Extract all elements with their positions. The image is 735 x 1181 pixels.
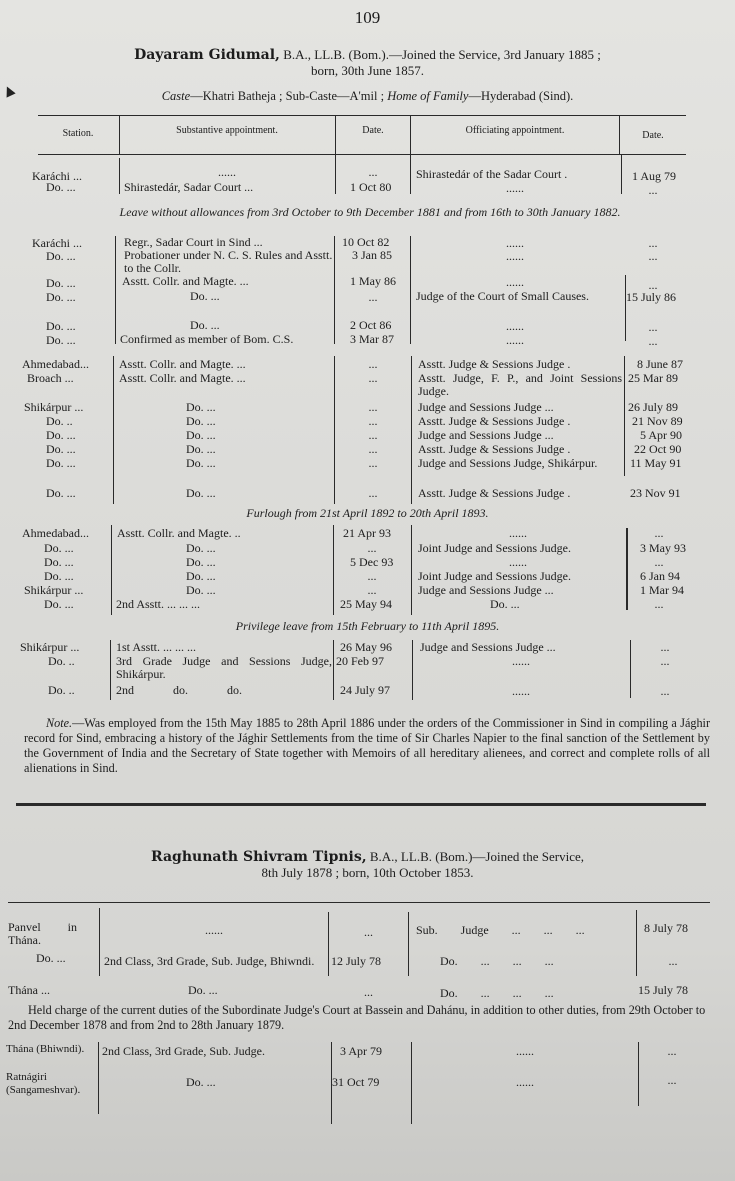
substantive-cell: Shirastedár, Sadar Court ... [124, 181, 253, 194]
station-cell: Panvel in Thána. [8, 921, 96, 947]
date-2-cell: 11 May 91 [630, 457, 682, 470]
date-cell: 31 Oct 79 [332, 1076, 379, 1089]
substantive-cell: 1st Asstt. ... ... ... [116, 641, 196, 654]
leave-note-1: Leave without allowances from 3rd Octobe… [100, 205, 640, 219]
station-cell: Do. ... [46, 277, 76, 290]
station-cell: Do. ... [46, 181, 76, 194]
station-cell: Do. ... [46, 334, 76, 347]
station-cell: Broach ... [27, 372, 74, 385]
officiating-cell: ...... [412, 1045, 638, 1058]
col-divider [113, 356, 114, 504]
caste-line: Caste—Khatri Batheja ; Sub-Caste—A'mil ;… [0, 89, 735, 104]
station-cell: Do. .. [48, 684, 75, 697]
date-cell: 25 May 94 [340, 598, 392, 611]
date-cell: ... [336, 429, 410, 442]
officer-name-1: Dayaram Gidumal, [134, 47, 280, 63]
date-cell: 21 Apr 93 [343, 527, 391, 540]
station-cell: Do. ... [44, 542, 74, 555]
date-cell: ... [336, 372, 410, 385]
station-cell: Ahmedabad... [22, 358, 89, 371]
station-cell: Do. ... [44, 598, 74, 611]
officiating-cell: Asstt. Judge, F. P., and Joint Sessions … [418, 372, 622, 398]
date-2-cell: ... [628, 556, 690, 569]
furlough-note: Furlough from 21st April 1892 to 20th Ap… [0, 507, 735, 520]
col-header-date: Date. [336, 125, 410, 136]
officiating-cell: Judge and Sessions Judge ... [420, 641, 556, 654]
date-cell: 2 Oct 86 [350, 319, 391, 332]
station-cell: Shikárpur ... [24, 584, 83, 597]
note-paragraph: Note.—Was employed from the 15th May 188… [24, 716, 710, 776]
substantive-cell: Asstt. Collr. and Magte. .. [117, 527, 241, 540]
station-cell: Do. ... [46, 320, 76, 333]
officiating-cell: Asstt. Judge & Sessions Judge . [418, 487, 570, 500]
col-divider [624, 356, 625, 476]
officer-name-2: Raghunath Shivram Tipnis, [151, 849, 367, 865]
date-cell: ... [334, 570, 410, 583]
station-cell: Ahmedabad... [22, 527, 89, 540]
date-2-cell: ... [628, 527, 690, 540]
date-cell: ... [329, 926, 408, 939]
officiating-cell: Joint Judge and Sessions Judge. [418, 542, 571, 555]
officiating-cell: Do. ... ... ... [440, 955, 554, 968]
substantive-cell: Do. ... [186, 556, 216, 569]
officiating-cell: Judge and Sessions Judge, Shikárpur. [418, 457, 622, 470]
date-2-cell: 15 July 78 [638, 984, 688, 997]
col-divider [638, 1042, 639, 1106]
officiating-cell: ...... [412, 1076, 638, 1089]
table-top-rule [38, 115, 686, 116]
date-cell: 3 Mar 87 [350, 333, 394, 346]
station-cell: Shikárpur ... [24, 401, 83, 414]
officiating-cell: Asstt. Judge & Sessions Judge . [418, 415, 570, 428]
substantive-cell: Do. ... [186, 429, 216, 442]
station-cell: Do. ... [46, 429, 76, 442]
officer-details-1: B.A., LL.B. (Bom.).—Joined the Service, … [280, 47, 601, 62]
page-number: 109 [0, 8, 735, 28]
date-2-cell: ... [620, 184, 686, 197]
date-cell: ... [334, 584, 410, 597]
col-divider [115, 236, 116, 344]
col-divider [636, 910, 637, 976]
substantive-cell: Asstt. Collr. and Magte. ... [119, 372, 246, 385]
officiating-cell: Judge and Sessions Judge ... [418, 401, 554, 414]
col-header-officiating: Officiating appointment. [412, 125, 618, 136]
date-cell: 3 Jan 85 [352, 249, 392, 262]
substantive-cell: 3rd Grade Judge and Sessions Judge, Shik… [116, 655, 332, 681]
station-cell: Shikárpur ... [20, 641, 79, 654]
substantive-cell: Do. ... [188, 984, 218, 997]
date-cell: 1 Oct 80 [350, 181, 391, 194]
date-2-cell: 26 July 89 [628, 401, 678, 414]
officer-header-2: Raghunath Shivram Tipnis, B.A., LL.B. (B… [0, 849, 735, 865]
date-2-cell: ... [638, 955, 708, 968]
col-divider [411, 356, 412, 504]
officiating-cell: Asstt. Judge & Sessions Judge . [418, 358, 570, 371]
substantive-cell: 2nd Class, 3rd Grade, Sub. Judge, Bhiwnd… [104, 955, 328, 968]
station-cell: Do. .. [46, 415, 73, 428]
date-2-cell: 6 Jan 94 [640, 570, 680, 583]
substantive-cell: 2nd do. do. [116, 684, 242, 697]
station-cell: Do. ... [44, 570, 74, 583]
date-2-cell: 1 Aug 79 [632, 170, 676, 183]
officiating-cell: Sub. Judge ... ... ... [416, 924, 585, 937]
date-cell: ... [334, 542, 410, 555]
table-top-rule-2 [8, 902, 710, 903]
substantive-cell: Do. ... [186, 401, 216, 414]
date-cell: 3 Apr 79 [340, 1045, 382, 1058]
officiating-cell: ...... [412, 250, 618, 263]
station-cell: Thána ... [8, 984, 50, 997]
date-cell: ... [336, 457, 410, 470]
note-label: Note. [46, 716, 72, 730]
substantive-cell: Probationer under N. C. S. Rules and Ass… [124, 249, 334, 275]
date-2-cell: 8 June 87 [637, 358, 683, 371]
col-divider [410, 116, 411, 154]
officiating-cell: ...... [412, 685, 630, 698]
substantive-cell: Asstt. Collr. and Magte. ... [119, 358, 246, 371]
station-cell: Ratnágiri (Sangameshvar). [6, 1071, 96, 1097]
date-cell: ... [336, 401, 410, 414]
date-cell: ... [336, 415, 410, 428]
col-divider [119, 116, 120, 154]
date-2-cell: ... [632, 655, 698, 668]
officiating-cell: Judge and Sessions Judge ... [418, 584, 554, 597]
section-divider [16, 803, 706, 806]
officiating-cell: ...... [412, 182, 618, 195]
date-cell: ... [329, 986, 408, 999]
station-cell: Do. ... [46, 443, 76, 456]
home-label: Home of Family [387, 89, 468, 103]
station-cell: Do. ... [36, 952, 66, 965]
date-2-cell: 22 Oct 90 [634, 443, 681, 456]
col-divider [334, 356, 335, 504]
date-2-cell: ... [632, 641, 698, 654]
date-2-cell: 5 Apr 90 [640, 429, 682, 442]
col-divider [408, 912, 409, 976]
substantive-cell: Do. ... [186, 487, 216, 500]
officiating-cell: ...... [412, 334, 618, 347]
date-cell: ... [336, 487, 410, 500]
col-divider [110, 640, 111, 700]
date-2-cell: ... [632, 685, 698, 698]
officer-header-1-line2: born, 30th June 1857. [0, 63, 735, 78]
date-cell: 26 May 96 [340, 641, 392, 654]
station-cell: Do. ... [46, 487, 76, 500]
date-2-cell: 23 Nov 91 [630, 487, 681, 500]
officiating-cell: Do. ... [490, 598, 520, 611]
substantive-cell: 2nd Class, 3rd Grade, Sub. Judge. [102, 1045, 265, 1058]
officiating-cell: Judge and Sessions Judge ... [418, 429, 554, 442]
date-2-cell: 25 Mar 89 [628, 372, 678, 385]
officer-header-1: Dayaram Gidumal, B.A., LL.B. (Bom.).—Joi… [0, 47, 735, 63]
officiating-cell: Joint Judge and Sessions Judge. [418, 570, 571, 583]
substantive-cell: ...... [120, 166, 334, 179]
station-cell: Do. .. [48, 655, 75, 668]
held-charge-text: Held charge of the current duties of the… [8, 1003, 718, 1033]
officiating-cell: ...... [412, 276, 618, 289]
date-2-cell: ... [640, 1074, 704, 1087]
date-cell: 20 Feb 97 [336, 655, 384, 668]
officiating-cell: Shirastedár of the Sadar Court . [416, 168, 567, 181]
caste-value: —Khatri Batheja ; Sub-Caste—A'mil ; [190, 89, 387, 103]
date-cell: 24 July 97 [340, 684, 390, 697]
date-2-cell: 15 July 86 [626, 291, 676, 304]
date-2-cell: 8 July 78 [644, 922, 688, 935]
col-header-station: Station. [38, 128, 118, 139]
col-divider [328, 912, 329, 976]
held-charge-paragraph: Held charge of the current duties of the… [8, 1003, 718, 1033]
col-header-substantive: Substantive appointment. [120, 125, 334, 136]
caste-label: Caste [162, 89, 190, 103]
col-header-date-2: Date. [620, 130, 686, 141]
substantive-cell: Asstt. Collr. and Magte. ... [122, 275, 249, 288]
officer-header-2-line2: 8th July 1878 ; born, 10th October 1853. [0, 865, 735, 880]
table-header-rule [38, 154, 686, 155]
station-cell: Do. ... [46, 291, 76, 304]
col-divider [410, 155, 411, 194]
col-divider [630, 640, 631, 698]
substantive-cell: Do. ... [190, 319, 220, 332]
substantive-cell: Do. ... [186, 542, 216, 555]
substantive-cell: Confirmed as member of Bom. C.S. [120, 333, 332, 346]
date-2-cell: 3 May 93 [640, 542, 686, 555]
officer-details-2: B.A., LL.B. (Bom.)—Joined the Service, [367, 849, 584, 864]
date-2-cell: ... [620, 335, 686, 348]
officiating-cell: Judge of the Court of Small Causes. [416, 290, 620, 303]
date-2-cell: ... [620, 321, 686, 334]
officiating-cell: ...... [412, 527, 624, 540]
date-2-cell: 1 Mar 94 [640, 584, 684, 597]
date-cell: ... [336, 166, 410, 179]
substantive-cell: Do. ... [186, 570, 216, 583]
col-divider [410, 236, 411, 344]
col-divider [335, 116, 336, 154]
substantive-cell: Do. ... [186, 443, 216, 456]
date-cell: 12 July 78 [331, 955, 381, 968]
substantive-cell: Do. ... [186, 415, 216, 428]
date-cell: 5 Dec 93 [350, 556, 393, 569]
date-cell: 1 May 86 [350, 275, 396, 288]
station-cell: Do. ... [44, 556, 74, 569]
station-cell: Do. ... [46, 250, 76, 263]
date-2-cell: ... [628, 598, 690, 611]
date-cell: ... [336, 358, 410, 371]
col-divider [111, 525, 112, 615]
station-cell: Thána (Bhiwndi). [6, 1043, 96, 1055]
substantive-cell: Do. ... [186, 1076, 216, 1089]
substantive-cell: 2nd Asstt. ... ... ... [116, 598, 200, 611]
officiating-cell: Do. ... ... ... [440, 987, 554, 1000]
date-2-cell: 21 Nov 89 [632, 415, 683, 428]
note-text: —Was employed from the 15th May 1885 to … [24, 716, 710, 775]
officiating-cell: Asstt. Judge & Sessions Judge . [418, 443, 570, 456]
col-divider [98, 1042, 99, 1114]
col-divider [619, 116, 620, 154]
privilege-leave-note: Privilege leave from 15th February to 11… [0, 620, 735, 633]
date-cell: ... [336, 443, 410, 456]
officiating-cell: ...... [412, 320, 618, 333]
station-cell: Do. ... [46, 457, 76, 470]
col-divider [99, 908, 100, 976]
substantive-cell: Do. ... [190, 290, 220, 303]
officiating-cell: ...... [412, 655, 630, 668]
officiating-cell: ...... [412, 556, 624, 569]
date-2-cell: ... [620, 250, 686, 263]
substantive-cell: Do. ... [186, 584, 216, 597]
col-divider [334, 236, 335, 344]
substantive-cell: ...... [100, 924, 328, 937]
date-cell: ... [336, 291, 410, 304]
substantive-cell: Do. ... [186, 457, 216, 470]
col-divider [333, 640, 334, 700]
home-value: —Hyderabad (Sind). [468, 89, 573, 103]
date-2-cell: ... [640, 1045, 704, 1058]
